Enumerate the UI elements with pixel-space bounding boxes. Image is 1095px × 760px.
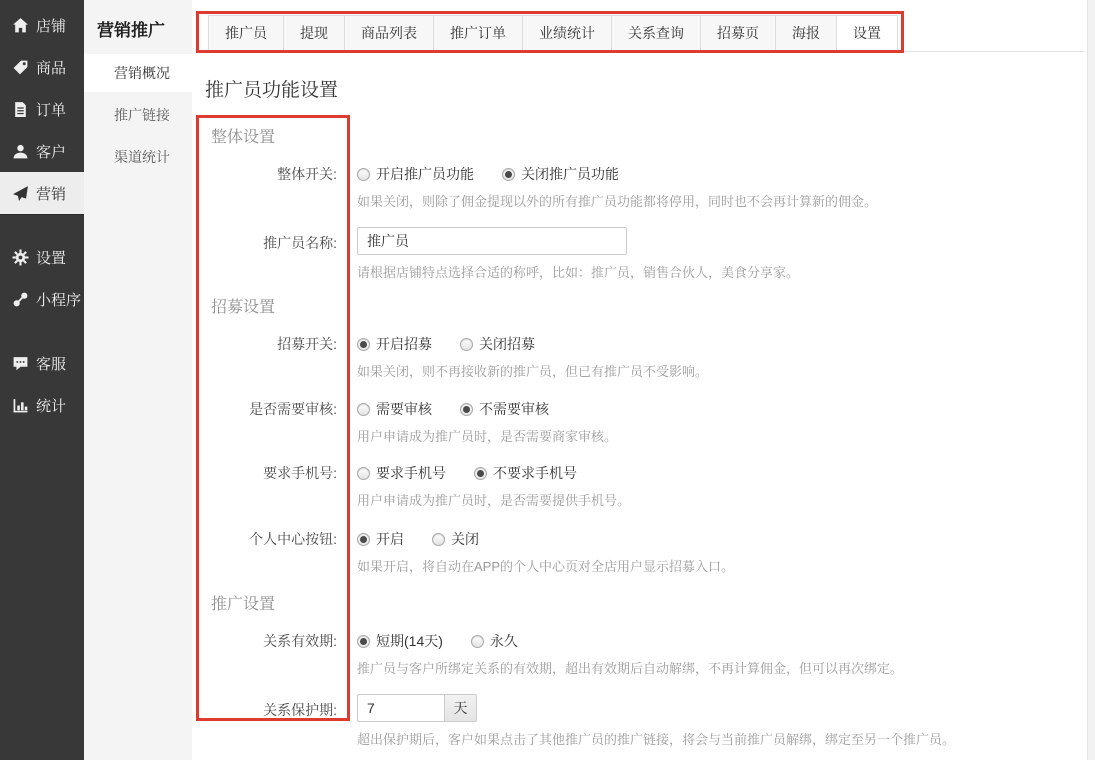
field-label: 整体开关: bbox=[192, 164, 337, 210]
field-hint: 超出保护期后，客户如果点击了其他推广员的推广链接，将会与当前推广员解绑，绑定至另… bbox=[357, 731, 955, 748]
sidebar-item-label: 订单 bbox=[36, 99, 66, 120]
tab-promoter[interactable]: 推广员 bbox=[209, 16, 284, 51]
protect-period-input[interactable] bbox=[357, 694, 445, 722]
sidebar-item-marketing[interactable]: 营销 bbox=[0, 172, 84, 214]
sidebar-item-label: 小程序 bbox=[36, 289, 81, 310]
sidebar-item-goods[interactable]: 商品 bbox=[0, 46, 84, 88]
radio-option[interactable]: 关闭推广员功能 bbox=[502, 164, 619, 184]
radio-option-label: 关闭推广员功能 bbox=[521, 164, 619, 184]
submenu-item-overview[interactable]: 营销概况 bbox=[84, 54, 192, 92]
sidebar-item-label: 营销 bbox=[36, 183, 66, 204]
radio-option[interactable]: 关闭招募 bbox=[460, 334, 535, 354]
sidebar-item-label: 统计 bbox=[36, 395, 66, 416]
field-label: 要求手机号: bbox=[192, 463, 337, 509]
radio-icon[interactable] bbox=[357, 467, 370, 480]
radio-option-label: 关闭 bbox=[451, 529, 479, 549]
radio-option-label: 不需要审核 bbox=[479, 399, 549, 419]
tab-bar: 推广员 提现 商品列表 推广订单 业绩统计 关系查询 招募页 海报 设置 bbox=[208, 15, 1085, 52]
sidebar-item-label: 商品 bbox=[36, 57, 66, 78]
gear-icon bbox=[12, 249, 29, 266]
radio-icon[interactable] bbox=[502, 168, 515, 181]
radio-option-label: 要求手机号 bbox=[376, 463, 446, 483]
field-label: 是否需要审核: bbox=[192, 399, 337, 445]
radio-option-label: 永久 bbox=[490, 631, 518, 651]
radio-option[interactable]: 开启 bbox=[357, 529, 404, 549]
radio-option[interactable]: 开启推广员功能 bbox=[357, 164, 474, 184]
field-row-promoter-name: 推广员名称: 请根据店铺特点选择合适的称呼，比如：推广员，销售合伙人，美食分享家… bbox=[192, 227, 1095, 281]
section-title-recruit: 招募设置 bbox=[211, 298, 1095, 318]
tab-performance-stats[interactable]: 业绩统计 bbox=[523, 16, 612, 51]
field-row-relation-protect: 关系保护期: 天 超出保护期后，客户如果点击了其他推广员的推广链接，将会与当前推… bbox=[192, 694, 1095, 748]
radio-option[interactable]: 开启招募 bbox=[357, 334, 432, 354]
radio-icon[interactable] bbox=[432, 533, 445, 546]
radio-icon[interactable] bbox=[357, 338, 370, 351]
radio-option-label: 开启 bbox=[376, 529, 404, 549]
field-label: 关系保护期: bbox=[192, 694, 337, 748]
sidebar-item-label: 客户 bbox=[36, 141, 66, 162]
radio-icon[interactable] bbox=[357, 635, 370, 648]
sidebar-item-customers[interactable]: 客户 bbox=[0, 130, 84, 172]
scrollbar[interactable] bbox=[1087, 0, 1095, 760]
tab-bar-baseline bbox=[898, 15, 1085, 52]
radio-option[interactable]: 不需要审核 bbox=[460, 399, 549, 419]
submenu-title: 营销推广 bbox=[84, 0, 192, 54]
tag-icon bbox=[12, 59, 29, 76]
sidebar-item-stats[interactable]: 统计 bbox=[0, 384, 84, 426]
promoter-name-input[interactable] bbox=[357, 227, 627, 255]
unit-addon: 天 bbox=[444, 694, 477, 722]
radio-option-label: 关闭招募 bbox=[479, 334, 535, 354]
radio-option[interactable]: 短期(14天) bbox=[357, 631, 443, 651]
radio-icon[interactable] bbox=[471, 635, 484, 648]
radio-icon[interactable] bbox=[474, 467, 487, 480]
radio-option[interactable]: 需要审核 bbox=[357, 399, 432, 419]
tab-product-list[interactable]: 商品列表 bbox=[345, 16, 434, 51]
tab-poster[interactable]: 海报 bbox=[776, 16, 837, 51]
customer-icon bbox=[12, 143, 29, 160]
radio-icon[interactable] bbox=[357, 403, 370, 416]
radio-option[interactable]: 关闭 bbox=[432, 529, 479, 549]
radio-icon[interactable] bbox=[460, 403, 473, 416]
section-title-promotion: 推广设置 bbox=[211, 595, 1095, 615]
field-hint: 如果关闭，则不再接收新的推广员，但已有推广员不受影响。 bbox=[357, 363, 708, 380]
field-row-personal-center-button: 个人中心按钮: 开启 关闭 如果开启，将自动在APP的个人中心页对全店用户显示招… bbox=[192, 529, 1095, 575]
main-content: 推广员 提现 商品列表 推广订单 业绩统计 关系查询 招募页 海报 设置 推广员… bbox=[192, 0, 1095, 760]
field-hint: 如果关闭，则除了佣金提现以外的所有推广员功能都将停用，同时也不会再计算新的佣金。 bbox=[357, 193, 877, 210]
order-icon bbox=[12, 101, 29, 118]
sidebar-item-service[interactable]: 客服 bbox=[0, 342, 84, 384]
radio-option-label: 开启招募 bbox=[376, 334, 432, 354]
field-row-recruit-switch: 招募开关: 开启招募 关闭招募 如果关闭，则不再接收新的推广员，但已有推广员不受… bbox=[192, 334, 1095, 380]
section-title-overall: 整体设置 bbox=[211, 128, 1095, 148]
sidebar-item-miniprogram[interactable]: 小程序 bbox=[0, 278, 84, 320]
tab-withdraw[interactable]: 提现 bbox=[284, 16, 345, 51]
bar-chart-icon bbox=[12, 397, 29, 414]
field-hint: 用户申请成为推广员时，是否需要提供手机号。 bbox=[357, 492, 630, 509]
radio-option-label: 短期(14天) bbox=[376, 631, 443, 651]
main-sidebar: 店铺 商品 订单 客户 营销 设置 小程序 客服 bbox=[0, 0, 84, 760]
sidebar-item-shop[interactable]: 店铺 bbox=[0, 4, 84, 46]
radio-icon[interactable] bbox=[357, 533, 370, 546]
tab-relation-query[interactable]: 关系查询 bbox=[612, 16, 701, 51]
sidebar-item-orders[interactable]: 订单 bbox=[0, 88, 84, 130]
marketing-submenu: 营销推广 营销概况 推广链接 渠道统计 bbox=[84, 0, 192, 760]
radio-option-label: 开启推广员功能 bbox=[376, 164, 474, 184]
radio-icon[interactable] bbox=[460, 338, 473, 351]
field-hint: 推广员与客户所绑定关系的有效期，超出有效期后自动解绑，不再计算佣金，但可以再次绑… bbox=[357, 660, 903, 677]
submenu-item-channel-stats[interactable]: 渠道统计 bbox=[84, 138, 192, 176]
radio-option-label: 需要审核 bbox=[376, 399, 432, 419]
field-hint: 用户申请成为推广员时，是否需要商家审核。 bbox=[357, 428, 617, 445]
submenu-item-promo-links[interactable]: 推广链接 bbox=[84, 96, 192, 134]
field-row-overall-switch: 整体开关: 开启推广员功能 关闭推广员功能 如果关闭，则除了佣金提现以外的所有推… bbox=[192, 164, 1095, 210]
tab-recruit-page[interactable]: 招募页 bbox=[701, 16, 776, 51]
chat-icon bbox=[12, 355, 29, 372]
field-label: 关系有效期: bbox=[192, 631, 337, 677]
sidebar-item-label: 设置 bbox=[36, 247, 66, 268]
field-hint: 请根据店铺特点选择合适的称呼，比如：推广员，销售合伙人，美食分享家。 bbox=[357, 264, 799, 281]
radio-option[interactable]: 不要求手机号 bbox=[474, 463, 577, 483]
send-icon bbox=[12, 185, 29, 202]
radio-option-label: 不要求手机号 bbox=[493, 463, 577, 483]
link-icon bbox=[12, 291, 29, 308]
tab-settings[interactable]: 设置 bbox=[837, 16, 897, 51]
field-hint: 如果开启，将自动在APP的个人中心页对全店用户显示招募入口。 bbox=[357, 558, 734, 575]
page-title: 推广员功能设置 bbox=[205, 78, 1095, 104]
radio-option[interactable]: 永久 bbox=[471, 631, 518, 651]
sidebar-item-label: 客服 bbox=[36, 353, 66, 374]
field-label: 招募开关: bbox=[192, 334, 337, 380]
field-label: 推广员名称: bbox=[192, 227, 337, 281]
home-icon bbox=[12, 17, 29, 34]
field-row-need-review: 是否需要审核: 需要审核 不需要审核 用户申请成为推广员时，是否需要商家审核。 bbox=[192, 399, 1095, 445]
tab-promo-orders[interactable]: 推广订单 bbox=[434, 16, 523, 51]
radio-icon[interactable] bbox=[357, 168, 370, 181]
field-label: 个人中心按钮: bbox=[192, 529, 337, 575]
app-window: 店铺 商品 订单 客户 营销 设置 小程序 客服 bbox=[0, 0, 1095, 760]
sidebar-item-settings[interactable]: 设置 bbox=[0, 236, 84, 278]
sidebar-item-label: 店铺 bbox=[36, 15, 66, 36]
radio-option[interactable]: 要求手机号 bbox=[357, 463, 446, 483]
field-row-relation-validity: 关系有效期: 短期(14天) 永久 推广员与客户所绑定关系的有效期，超出有效期后… bbox=[192, 631, 1095, 677]
field-row-require-phone: 要求手机号: 要求手机号 不要求手机号 用户申请成为推广员时，是否需要提供手机号… bbox=[192, 463, 1095, 509]
